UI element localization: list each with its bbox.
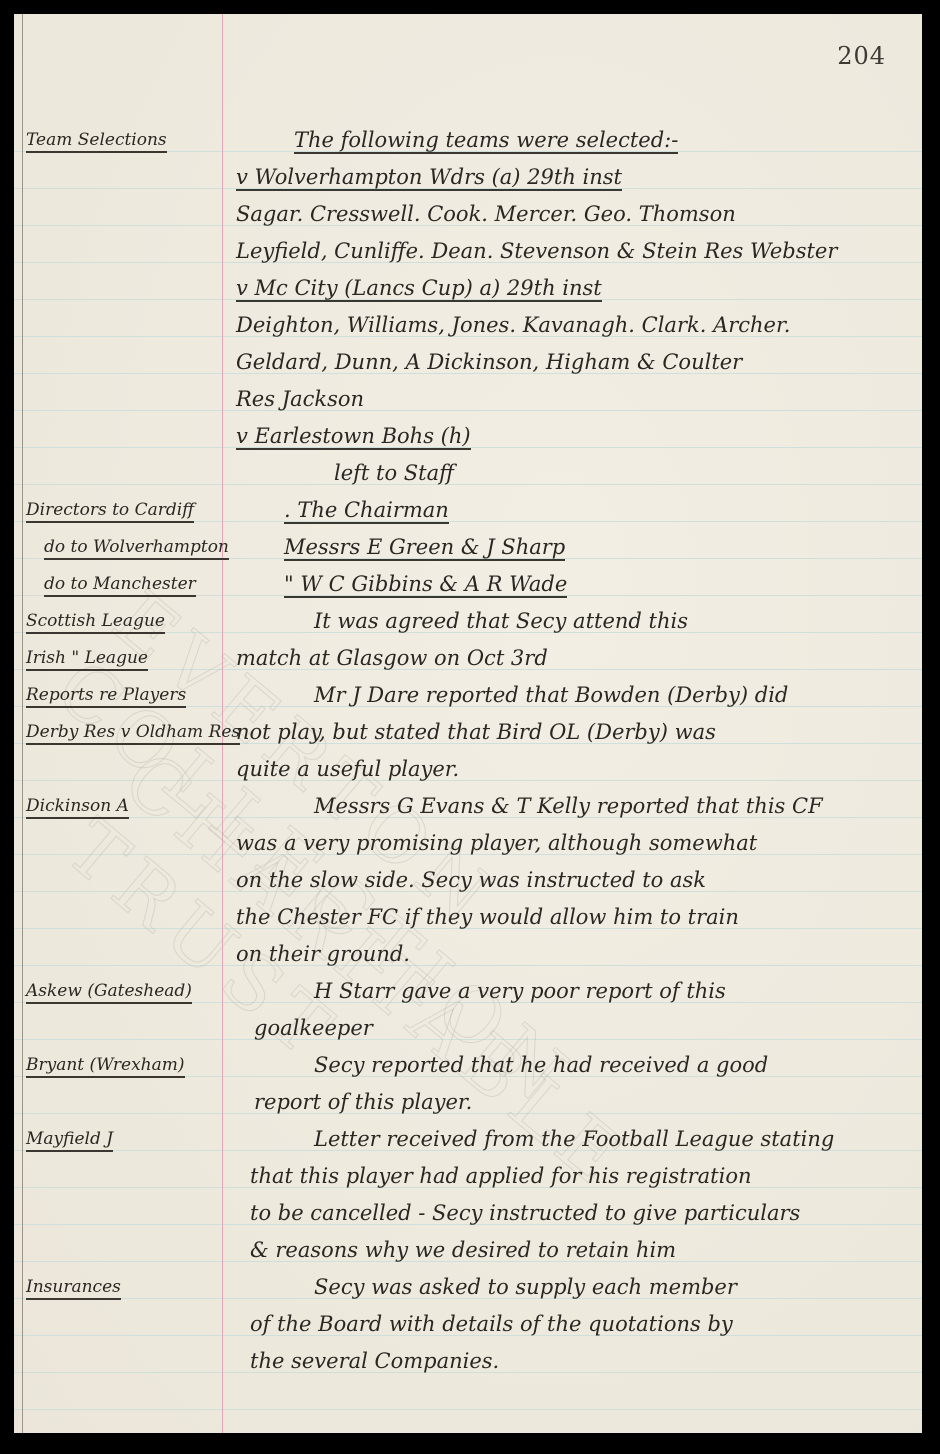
margin-note-reports-re-players: Reports re Players: [26, 677, 222, 714]
minute-line: on their ground.: [236, 936, 410, 973]
margin-note-directors-cardiff: Directors to Cardiff: [26, 492, 222, 529]
minute-line: It was agreed that Secy attend this: [314, 603, 688, 640]
minute-line: of the Board with details of the quotati…: [250, 1306, 733, 1343]
margin-note-mayfield: Mayfield J: [26, 1121, 222, 1158]
minute-line: Letter received from the Football League…: [314, 1121, 834, 1158]
minute-line: Secy was asked to supply each member: [314, 1269, 737, 1306]
minute-line: was a very promising player, although so…: [236, 825, 757, 862]
team-list: Leyfield, Cunliffe. Dean. Stevenson & St…: [236, 233, 837, 270]
fixture-man-city: v Mc City (Lancs Cup) a) 29th inst: [236, 270, 602, 307]
margin-note-wolverhampton: do to Wolverhampton: [44, 529, 240, 566]
ruled-line: [14, 1039, 922, 1040]
ledger-page: EVERTON COLLECTION CHARITABLE TRUST 204 …: [14, 14, 922, 1433]
fixture-earlestown: v Earlestown Bohs (h): [236, 418, 471, 455]
minute-line: not play, but stated that Bird OL (Derby…: [236, 714, 716, 751]
minute-line: H Starr gave a very poor report of this: [314, 973, 726, 1010]
minute-line: left to Staff: [334, 455, 454, 492]
minute-line: the Chester FC if they would allow him t…: [236, 899, 739, 936]
left-border-line: [22, 14, 23, 1433]
margin-note-askew: Askew (Gateshead): [26, 973, 222, 1010]
reserve: Res Jackson: [236, 381, 364, 418]
minute-line: on the slow side. Secy was instructed to…: [236, 862, 706, 899]
minute-line: quite a useful player.: [236, 751, 459, 788]
ruled-line: [14, 1409, 922, 1410]
minute-line: report of this player.: [254, 1084, 472, 1121]
minute-line: & reasons why we desired to retain him: [250, 1232, 676, 1269]
minute-line: that this player had applied for his reg…: [250, 1158, 752, 1195]
team-list: Deighton, Williams, Jones. Kavanagh. Cla…: [236, 307, 790, 344]
margin-note-insurances: Insurances: [26, 1269, 222, 1306]
margin-note-manchester: do to Manchester: [44, 566, 240, 603]
margin-note-irish-league: Irish " League: [26, 640, 222, 677]
ruled-line: [14, 780, 922, 781]
margin-note-derby-oldham: Derby Res v Oldham Res: [26, 714, 222, 751]
margin-note-scottish-league: Scottish League: [26, 603, 222, 640]
minute-line: to be cancelled - Secy instructed to giv…: [250, 1195, 800, 1232]
minute-line: Secy reported that he had received a goo…: [314, 1047, 768, 1084]
minute-line: goalkeeper: [254, 1010, 373, 1047]
ruled-line: [14, 965, 922, 966]
minute-line: match at Glasgow on Oct 3rd: [236, 640, 548, 677]
minute-line: Mr J Dare reported that Bowden (Derby) d…: [314, 677, 788, 714]
minute-line: Messrs E Green & J Sharp: [284, 529, 565, 566]
page-number: 204: [837, 42, 886, 70]
margin-note-dickinson: Dickinson A: [26, 788, 222, 825]
minute-line: . The Chairman: [284, 492, 449, 529]
team-list: Geldard, Dunn, A Dickinson, Higham & Cou…: [236, 344, 742, 381]
minute-line: The following teams were selected:-: [294, 122, 678, 159]
minute-line: Messrs G Evans & T Kelly reported that t…: [314, 788, 823, 825]
team-list: Sagar. Cresswell. Cook. Mercer. Geo. Tho…: [236, 196, 736, 233]
margin-note-bryant: Bryant (Wrexham): [26, 1047, 222, 1084]
minute-line: " W C Gibbins & A R Wade: [284, 566, 567, 603]
ruled-line: [14, 484, 922, 485]
margin-note-team-selections: Team Selections: [26, 122, 222, 159]
fixture-wolverhampton: v Wolverhampton Wdrs (a) 29th inst: [236, 159, 622, 196]
ruled-line: [14, 410, 922, 411]
minute-line: the several Companies.: [250, 1343, 499, 1380]
